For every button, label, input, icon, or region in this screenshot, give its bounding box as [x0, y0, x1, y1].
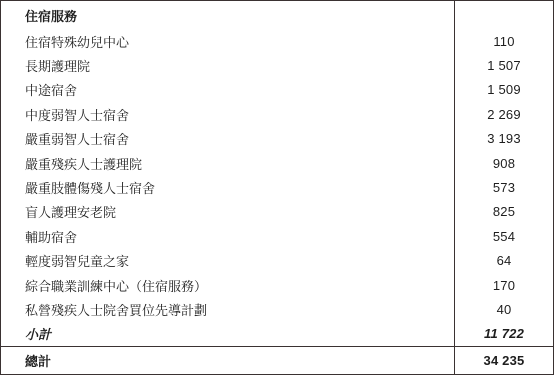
service-name: 輕度弱智兒童之家	[1, 251, 454, 270]
residential-services-table: 住宿服務 住宿特殊幼兒中心 110 長期護理院 1 507 中途宿舍 1 509…	[0, 0, 554, 375]
service-name: 綜合職業訓練中心（住宿服務）	[1, 276, 454, 295]
service-count: 908	[454, 151, 553, 175]
service-name: 中途宿舍	[1, 80, 454, 99]
service-count: 1 509	[454, 78, 553, 102]
service-count: 3 193	[454, 127, 553, 151]
service-count: 170	[454, 273, 553, 297]
service-name: 盲人護理安老院	[1, 202, 454, 221]
service-name: 輔助宿舍	[1, 227, 454, 246]
service-name: 住宿特殊幼兒中心	[1, 32, 454, 51]
service-count: 64	[454, 249, 553, 273]
subtotal-row: 小計 11 722	[1, 322, 553, 346]
subtotal-value: 11 722	[454, 322, 553, 346]
table-title: 住宿服務	[1, 6, 454, 25]
service-count: 110	[454, 29, 553, 53]
service-name: 私營殘疾人士院舍買位先導計劃	[1, 300, 454, 319]
table-row: 住宿特殊幼兒中心 110	[1, 29, 553, 53]
document-page: 住宿服務 住宿特殊幼兒中心 110 長期護理院 1 507 中途宿舍 1 509…	[0, 0, 554, 375]
service-count: 554	[454, 224, 553, 248]
service-count: 2 269	[454, 102, 553, 126]
table-row: 中度弱智人士宿舍 2 269	[1, 102, 553, 126]
total-label: 總計	[1, 351, 454, 370]
service-count: 40	[454, 297, 553, 321]
table-row: 盲人護理安老院 825	[1, 200, 553, 224]
subtotal-label: 小計	[1, 324, 454, 343]
table-row: 長期護理院 1 507	[1, 53, 553, 77]
service-name: 中度弱智人士宿舍	[1, 105, 454, 124]
service-count: 1 507	[454, 53, 553, 77]
header-value-cell	[454, 1, 553, 29]
total-row: 總計 34 235	[1, 346, 553, 374]
table-row: 輔助宿舍 554	[1, 224, 553, 248]
table-row: 私營殘疾人士院舍買位先導計劃 40	[1, 297, 553, 321]
table-row: 綜合職業訓練中心（住宿服務） 170	[1, 273, 553, 297]
table-row: 嚴重弱智人士宿舍 3 193	[1, 127, 553, 151]
service-count: 573	[454, 175, 553, 199]
service-name: 嚴重弱智人士宿舍	[1, 129, 454, 148]
table-row: 中途宿舍 1 509	[1, 78, 553, 102]
service-name: 長期護理院	[1, 56, 454, 75]
service-name: 嚴重殘疾人士護理院	[1, 154, 454, 173]
table-row: 嚴重殘疾人士護理院 908	[1, 151, 553, 175]
table-row: 嚴重肢體傷殘人士宿舍 573	[1, 175, 553, 199]
service-count: 825	[454, 200, 553, 224]
total-value: 34 235	[454, 347, 553, 374]
table-row: 輕度弱智兒童之家 64	[1, 249, 553, 273]
service-name: 嚴重肢體傷殘人士宿舍	[1, 178, 454, 197]
table-header-row: 住宿服務	[1, 1, 553, 29]
